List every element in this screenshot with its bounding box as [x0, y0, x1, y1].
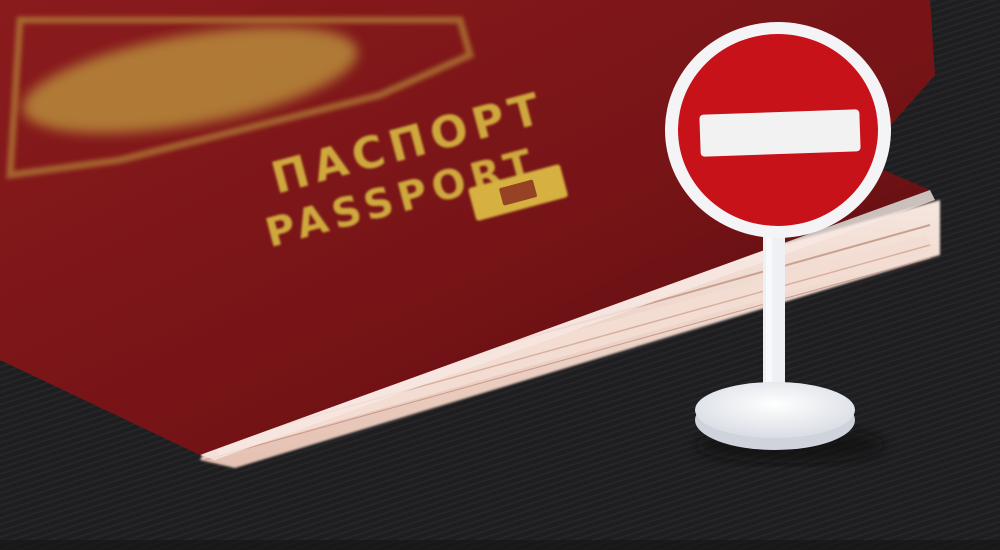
photo-scene: ПАСПОРТ PASSPORT Passport w: [0, 0, 1000, 550]
sign-bar: [699, 109, 860, 157]
scene-illustration: ПАСПОРТ PASSPORT: [0, 0, 1000, 550]
